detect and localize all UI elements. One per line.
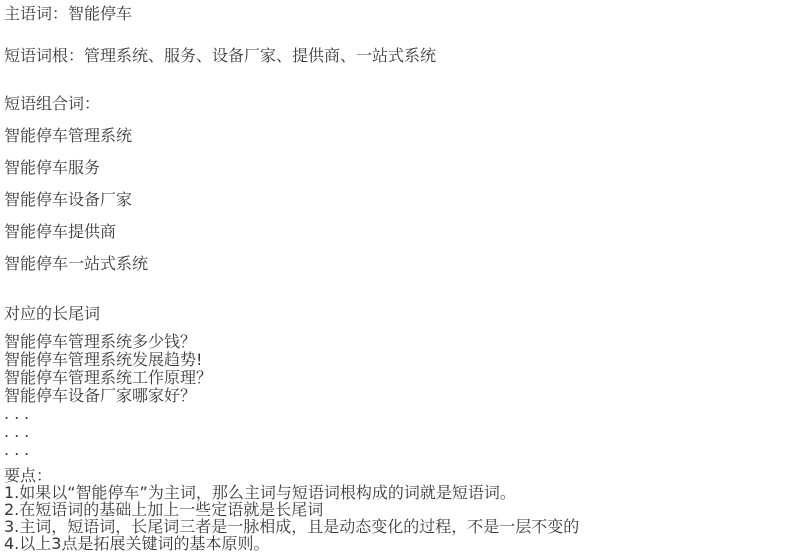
- notes-section-header: 要点：: [4, 467, 791, 484]
- longtail-word-list: 智能停车管理系统多少钱？ 智能停车管理系统发展趋势! 智能停车管理系统工作原理？…: [4, 333, 791, 459]
- combo-word-item: 智能停车服务: [4, 159, 791, 177]
- longtail-word-item: 智能停车管理系统多少钱？: [4, 333, 791, 351]
- combo-word-item: 智能停车设备厂家: [4, 191, 791, 209]
- note-item: 3.主词，短语词，长尾词三者是一脉相成，且是动态变化的过程，不是一层不变的: [4, 518, 791, 535]
- note-item: 1.如果以“智能停车”为主词，那么主词与短语词根构成的词就是短语词。: [4, 484, 791, 501]
- phrase-root-line: 短语词根：管理系统、服务、设备厂家、提供商、一站式系统: [4, 47, 791, 65]
- longtail-section-header: 对应的长尾词: [4, 305, 791, 323]
- combo-word-item: 智能停车提供商: [4, 223, 791, 241]
- ellipsis-line: ...: [4, 423, 791, 441]
- longtail-word-item: 智能停车管理系统工作原理？: [4, 369, 791, 387]
- combo-word-item: 智能停车一站式系统: [4, 255, 791, 273]
- note-item: 2.在短语词的基础上加上一些定语就是长尾词: [4, 501, 791, 518]
- combo-section-header: 短语组合词：: [4, 95, 791, 113]
- combo-word-list: 智能停车管理系统 智能停车服务 智能停车设备厂家 智能停车提供商 智能停车一站式…: [4, 127, 791, 273]
- ellipsis-line: ...: [4, 441, 791, 459]
- notes-list: 1.如果以“智能停车”为主词，那么主词与短语词根构成的词就是短语词。 2.在短语…: [4, 484, 791, 552]
- ellipsis-line: ...: [4, 405, 791, 423]
- longtail-word-item: 智能停车管理系统发展趋势!: [4, 351, 791, 369]
- note-item: 4.以上3点是拓展关键词的基本原则。: [4, 535, 791, 552]
- combo-word-item: 智能停车管理系统: [4, 127, 791, 145]
- longtail-word-item: 智能停车设备厂家哪家好？: [4, 387, 791, 405]
- keyword-notes-document: 主语词：智能停车 短语词根：管理系统、服务、设备厂家、提供商、一站式系统 短语组…: [0, 0, 795, 555]
- main-word-line: 主语词：智能停车: [4, 5, 791, 23]
